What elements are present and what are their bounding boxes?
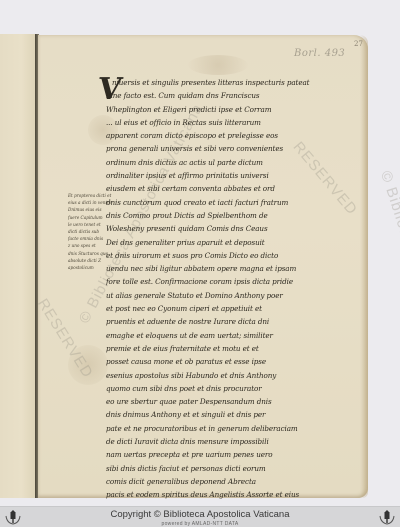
text-line: ut alias generale Statuto et Domino Anth… bbox=[106, 288, 326, 302]
facing-page-left bbox=[0, 34, 37, 498]
marginal-line: z uno spes et bbox=[68, 242, 116, 249]
watermark-text: © Biblioteca Apostolica Vaticana bbox=[377, 169, 400, 408]
text-line: comis dicit generalibus deponend Abrecta bbox=[106, 475, 326, 489]
text-line: eiusdem et sibi certam conventa abbates … bbox=[106, 182, 326, 196]
text-line: quomo cum sibi dns poet et dnis procurat… bbox=[106, 381, 326, 395]
text-line: dnis cunctorum quod creato et iacti fact… bbox=[106, 195, 326, 209]
text-line: pruentis et aduente de nostre Iurare dic… bbox=[106, 315, 326, 329]
text-line: dnis dnimus Anthony et et singuli et dni… bbox=[106, 408, 326, 422]
text-line: premie et de eius fraternitate et motu e… bbox=[106, 342, 326, 356]
text-line: esenius apostolus sibi Habundo et dnis A… bbox=[106, 368, 326, 382]
copyright-text: Copyright © Biblioteca Apostolica Vatica… bbox=[0, 509, 400, 520]
copyright-footer: Copyright © Biblioteca Apostolica Vatica… bbox=[0, 506, 400, 527]
text-line: Wolesheny presenti quidam Comis dns Ceau… bbox=[106, 222, 326, 236]
powered-by-text: powered by AMLAD-NTT DATA bbox=[0, 521, 400, 527]
text-line: ordinum dnis dictus ac actis ul parte di… bbox=[106, 155, 326, 169]
text-line: niuersis et singulis presentes litteras … bbox=[106, 76, 326, 90]
text-line: et post nec eo Cyonum ciperi et appetiui… bbox=[106, 302, 326, 316]
text-line: ordinaliter ipsius et affirmo prinitatis… bbox=[106, 169, 326, 183]
marginal-line: fuere Capitulum bbox=[68, 214, 116, 221]
marginal-line: eius a dicti in ventre bbox=[68, 199, 116, 206]
text-line: nam uertas precepta et pre uarium penes … bbox=[106, 448, 326, 462]
marginal-line: le uero tenet et bbox=[68, 221, 116, 228]
text-line: prona generali universis et sibi vero co… bbox=[106, 142, 326, 156]
text-line: pacis et eodem spiritus deus Angelistis … bbox=[106, 488, 326, 502]
text-line: pate et ne procuratoribus et in generum … bbox=[106, 421, 326, 435]
text-line: Dei dns generaliter prius aparuit et dep… bbox=[106, 235, 326, 249]
text-line: lune facto est. Cum quidam dns Franciscu… bbox=[106, 89, 326, 103]
marginal-line: facte omnia dnis bbox=[68, 235, 116, 242]
text-line: de dicti Iuravit dicta dnis mensure impo… bbox=[106, 435, 326, 449]
paper-stain bbox=[188, 55, 248, 75]
text-line: ... ul eius et officio in Rectas suis li… bbox=[106, 116, 326, 130]
manuscript-viewer[interactable]: 27 Borl. 493 © Biblioteca Apostolica Vat… bbox=[0, 0, 400, 506]
text-line: dnis Commo prout Dictis ad Spielbenthom … bbox=[106, 209, 326, 223]
text-line: posset causa mone et ob paratus et esse … bbox=[106, 355, 326, 369]
marginal-line: absolute dicti Z bbox=[68, 257, 116, 264]
marginal-line: Dnimus eius eis bbox=[68, 206, 116, 213]
text-line: eo ure sbertur quae pater Despensandum d… bbox=[106, 395, 326, 409]
marginal-note: Et propterea dicti et eius a dicti in ve… bbox=[68, 192, 116, 271]
shelfmark-annotation: Borl. 493 bbox=[294, 48, 345, 59]
marginal-line: Et propterea dicti et bbox=[68, 192, 116, 199]
paper-stain bbox=[68, 345, 108, 385]
marginal-line: dicti dictis sub bbox=[68, 228, 116, 235]
folio-number: 27 bbox=[354, 40, 363, 48]
text-line: emaghe et eloquens ut de eam uertat; sim… bbox=[106, 328, 326, 342]
text-line: fore tolle est. Confirmacione coram ipsi… bbox=[106, 275, 326, 289]
manuscript-main-text: niuersis et singulis presentes litteras … bbox=[106, 76, 326, 502]
marginal-line: dnis Stucturos que bbox=[68, 250, 116, 257]
text-line: Wheplington et Eligeri predicti ipse et … bbox=[106, 102, 326, 116]
vatican-library-emblem-icon bbox=[378, 509, 396, 526]
text-line: sibi dnis dictis faciut et personas dict… bbox=[106, 461, 326, 475]
marginal-line: apostolicum bbox=[68, 264, 116, 271]
text-line: et dnis uirorum et suos pro Comis Dicto … bbox=[106, 249, 326, 263]
